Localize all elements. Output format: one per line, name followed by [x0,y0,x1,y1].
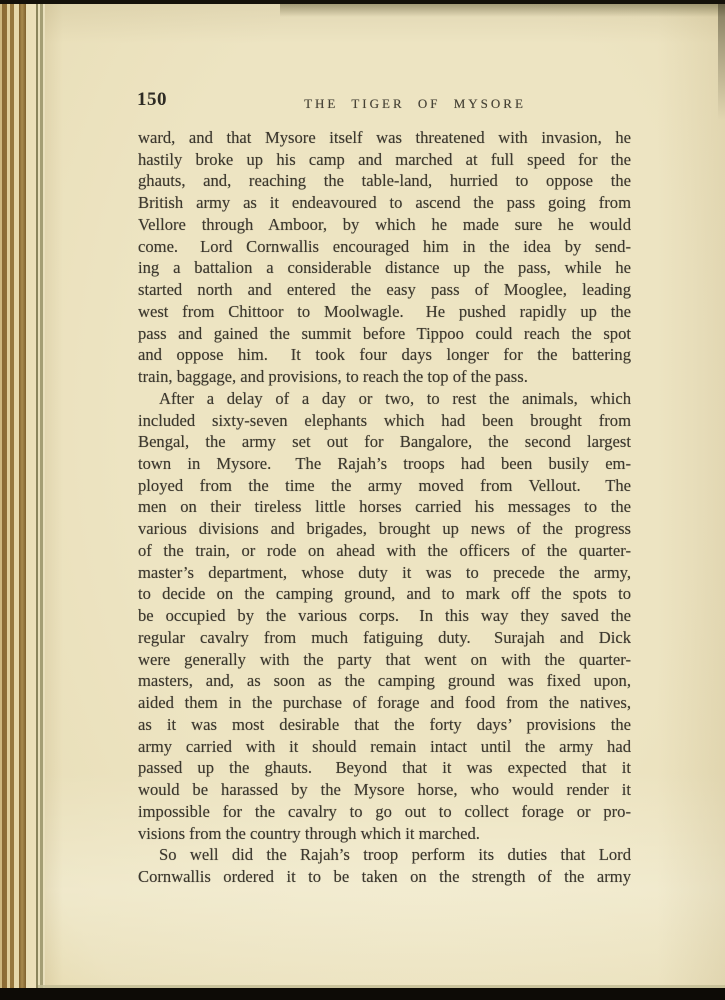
running-header: THE TIGER OF MYSORE [285,96,545,112]
text-line: men on their tireless little horses carr… [138,496,631,518]
text-line: British army as it endeavoured to ascend… [138,192,631,214]
text-line: were generally with the party that went … [138,649,631,671]
text-line: After a delay of a day or two, to rest t… [138,388,631,410]
text-line: west from Chittoor to Moolwagle. He push… [138,301,631,323]
text-line: Cornwallis ordered it to be taken on the… [138,866,631,888]
text-line: various divisions and brigades, brought … [138,518,631,540]
text-line: impossible for the cavalry to go out to … [138,801,631,823]
text-line: of the train, or rode on ahead with the … [138,540,631,562]
text-line: train, baggage, and provisions, to reach… [138,366,631,388]
text-line: ward, and that Mysore itself was threate… [138,127,631,149]
text-line: hastily broke up his camp and marched at… [138,149,631,171]
text-line: to decide on the camping ground, and to … [138,583,631,605]
text-line: So well did the Rajah’s troop perform it… [138,844,631,866]
text-line: ployed from the time the army moved from… [138,475,631,497]
text-line: passed up the ghauts. Beyond that it was… [138,757,631,779]
text-line: masters, and, as soon as the camping gro… [138,670,631,692]
page-number: 150 [137,89,167,111]
printed-page-content: 150 THE TIGER OF MYSORE ward, and that M… [0,0,725,1000]
text-line: regular cavalry from much fatiguing duty… [138,627,631,649]
text-line: master’s department, whose duty it was t… [138,562,631,584]
text-line: aided them in the purchase of forage and… [138,692,631,714]
text-line: Vellore through Amboor, by which he made… [138,214,631,236]
text-line: as it was most desirable that the forty … [138,714,631,736]
text-body: ward, and that Mysore itself was threate… [138,127,631,888]
text-line: army carried with it should remain intac… [138,736,631,758]
text-line: ing a battalion a considerable distance … [138,257,631,279]
text-line: be occupied by the various corps. In thi… [138,605,631,627]
text-line: started north and entered the easy pass … [138,279,631,301]
text-line: visions from the country through which i… [138,823,631,845]
text-line: would be harassed by the Mysore horse, w… [138,779,631,801]
text-line: included sixty-seven elephants which had… [138,410,631,432]
text-line: Bengal, the army set out for Bangalore, … [138,431,631,453]
text-line: ghauts, and, reaching the table-land, hu… [138,170,631,192]
text-line: pass and gained the summit before Tippoo… [138,323,631,345]
text-line: town in Mysore. The Rajah’s troops had b… [138,453,631,475]
text-line: come. Lord Cornwallis encouraged him in … [138,236,631,258]
text-line: and oppose him. It took four days longer… [138,344,631,366]
